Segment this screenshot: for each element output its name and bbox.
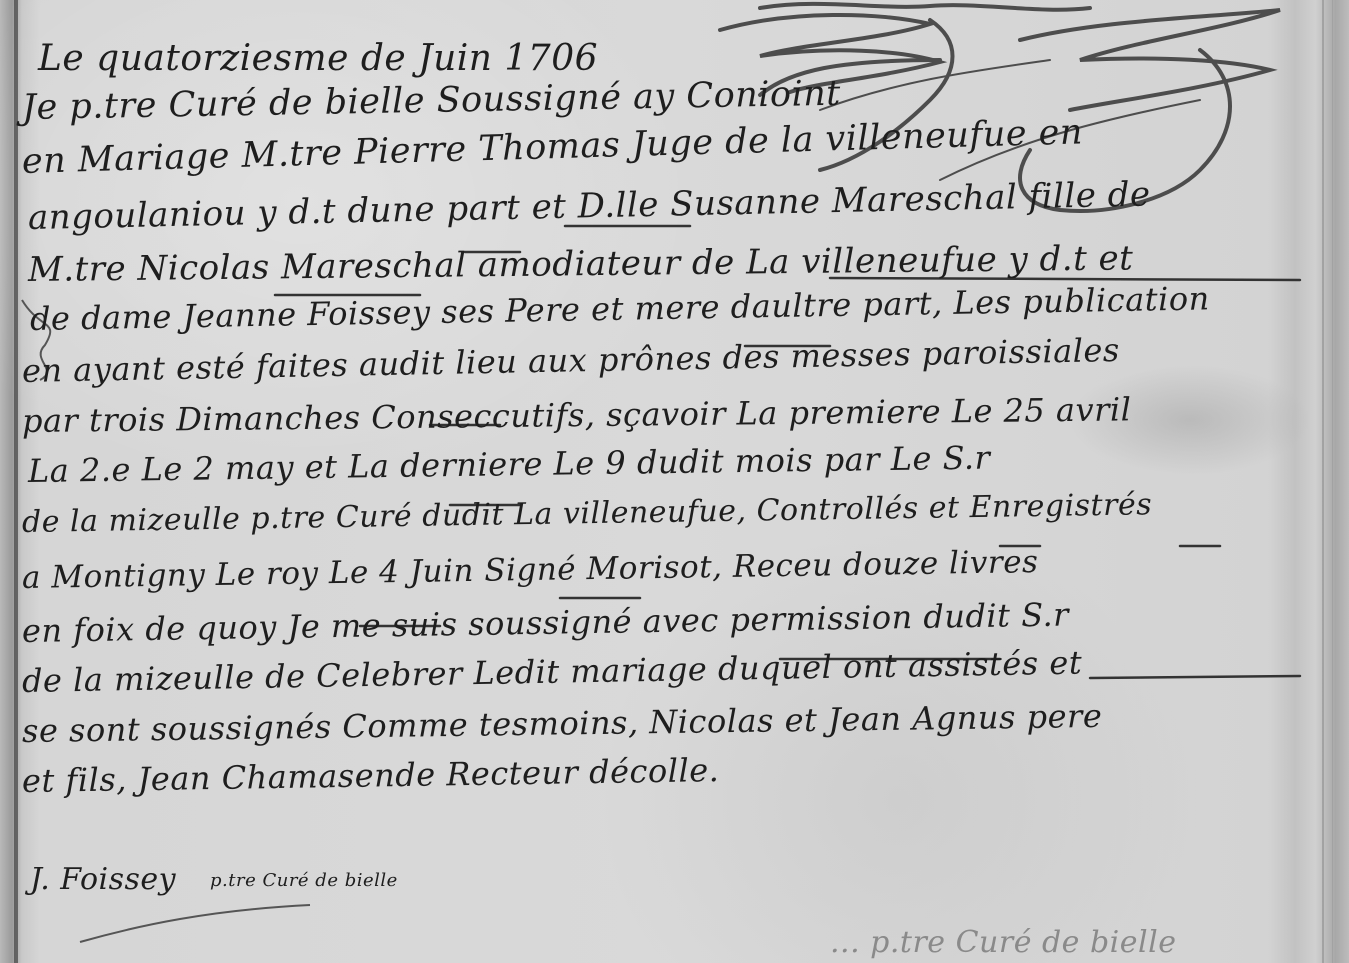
- record-line-12: en foix de quoy Je me suis soussigné ave…: [22, 596, 1069, 650]
- document-page: Le quatorziesme de Juin 1706 Je p.tre Cu…: [0, 0, 1349, 963]
- record-line-15: et fils, Jean Chamasende Recteur décolle…: [22, 751, 720, 800]
- record-line-4: angoulaniou y d.t dune part et D.lle Sus…: [28, 174, 1151, 238]
- page-right-edge: [1322, 0, 1324, 963]
- record-line-7: en ayant esté faites audit lieu aux prôn…: [22, 331, 1120, 390]
- record-line-8: par trois Dimanches Conseccutifs, sçavoi…: [22, 390, 1132, 440]
- record-line-2: Je p.tre Curé de bielle Soussigné ay Con…: [22, 74, 841, 128]
- record-line-10: de la mizeulle p.tre Curé dudit La ville…: [22, 487, 1153, 540]
- signature-name: J. Foissey: [30, 862, 176, 897]
- next-entry-fragment: ... p.tre Curé de bielle: [830, 925, 1176, 960]
- record-line-1: Le quatorziesme de Juin 1706: [38, 38, 598, 79]
- record-line-9: La 2.e Le 2 may et La derniere Le 9 dudi…: [28, 439, 991, 490]
- record-line-13: de la mizeulle de Celebrer Ledit mariage…: [22, 643, 1083, 699]
- binding-edge: [14, 0, 18, 963]
- page-right-edge-inner: [1332, 0, 1333, 963]
- header-fragment: ...quatre... (struck-through / flourishe…: [740, 0, 1349, 17]
- signature-title: p.tre Curé de bielle: [210, 870, 398, 891]
- record-line-5: M.tre Nicolas Mareschal amodiateur de La…: [28, 238, 1134, 290]
- record-line-14: se sont soussignés Comme tesmoins, Nicol…: [22, 697, 1103, 750]
- record-line-6: de dame Jeanne Foissey ses Pere et mere …: [30, 279, 1210, 338]
- record-line-11: a Montigny Le roy Le 4 Juin Signé Moriso…: [22, 544, 1039, 596]
